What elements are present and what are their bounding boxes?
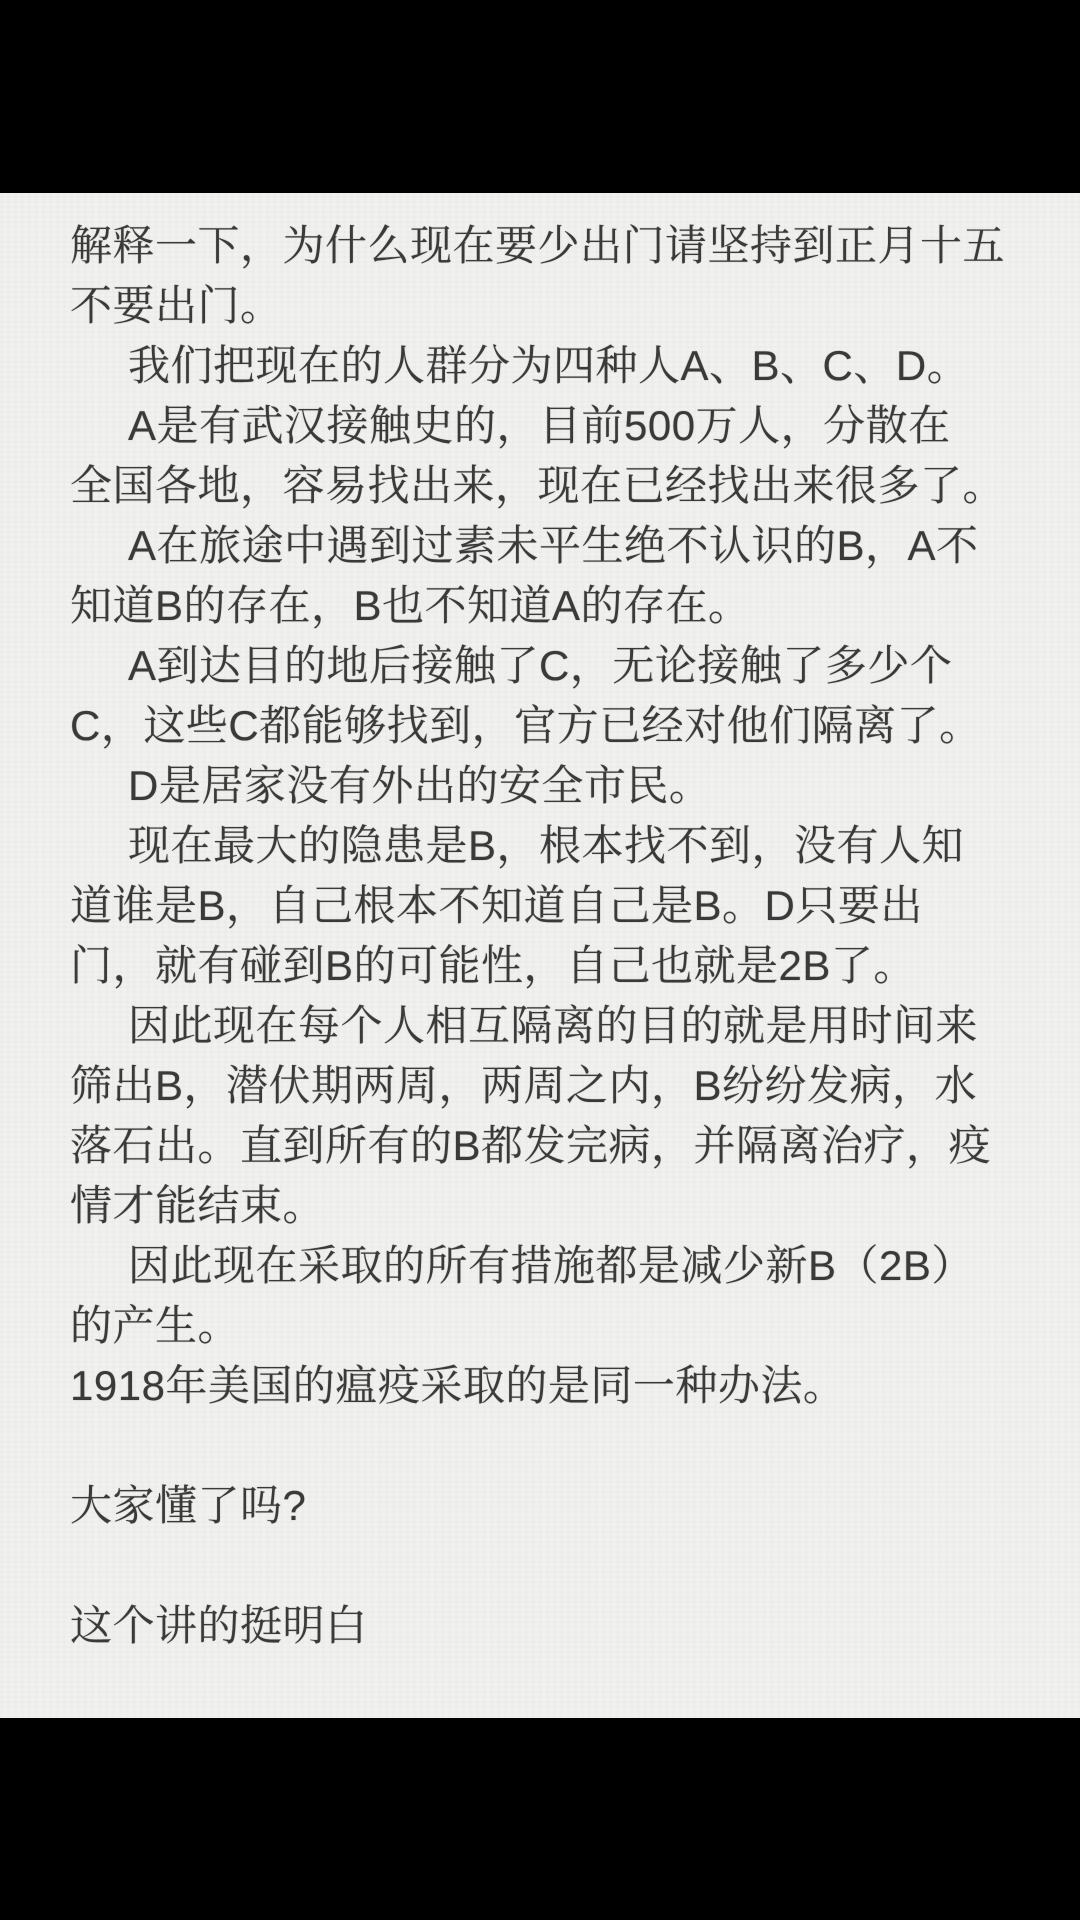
text-line: 现在最大的隐患是B，根本找不到，没有人知 [70,816,1072,876]
text-line: 不要出门。 [70,276,1072,336]
letterbox-top-bar [0,0,1080,193]
text-line: A在旅途中遇到过素未平生绝不认识的B，A不 [70,516,1072,576]
document-image: 解释一下，为什么现在要少出门请坚持到正月十五不要出门。我们把现在的人群分为四种人… [0,193,1080,1718]
text-line: C，这些C都能够找到，官方已经对他们隔离了。 [70,696,1072,756]
text-line: 筛出B，潜伏期两周，两周之内，B纷纷发病，水 [70,1056,1072,1116]
text-line: 我们把现在的人群分为四种人A、B、C、D。 [70,336,1072,396]
text-line: 解释一下，为什么现在要少出门请坚持到正月十五 [70,216,1072,276]
text-line: 因此现在每个人相互隔离的目的就是用时间来 [70,996,1072,1056]
text-line: 大家懂了吗? [70,1476,1072,1536]
text-line [70,1536,1072,1596]
text-line: 道谁是B，自己根本不知道自己是B。D只要出 [70,876,1072,936]
text-line: 这个讲的挺明白 [70,1596,1072,1656]
text-line: 全国各地，容易找出来，现在已经找出来很多了。 [70,456,1072,516]
text-line: 落石出。直到所有的B都发完病，并隔离治疗，疫 [70,1116,1072,1176]
text-body: 解释一下，为什么现在要少出门请坚持到正月十五不要出门。我们把现在的人群分为四种人… [70,216,1072,1656]
text-line: 1918年美国的瘟疫采取的是同一种办法。 [70,1356,1072,1416]
text-line: D是居家没有外出的安全市民。 [70,756,1072,816]
text-line: 情才能结束。 [70,1176,1072,1236]
letterbox-bottom-bar [0,1718,1080,1920]
text-line: 因此现在采取的所有措施都是减少新B（2B） [70,1236,1072,1296]
text-line: A是有武汉接触史的，目前500万人，分散在 [70,396,1072,456]
text-line [70,1416,1072,1476]
text-line: 门，就有碰到B的可能性，自己也就是2B了。 [70,936,1072,996]
text-line: A到达目的地后接触了C，无论接触了多少个 [70,636,1072,696]
screenshot-root: { "page": { "letterbox_color": "#000000"… [0,0,1080,1920]
text-line: 的产生。 [70,1296,1072,1356]
text-line: 知道B的存在，B也不知道A的存在。 [70,576,1072,636]
